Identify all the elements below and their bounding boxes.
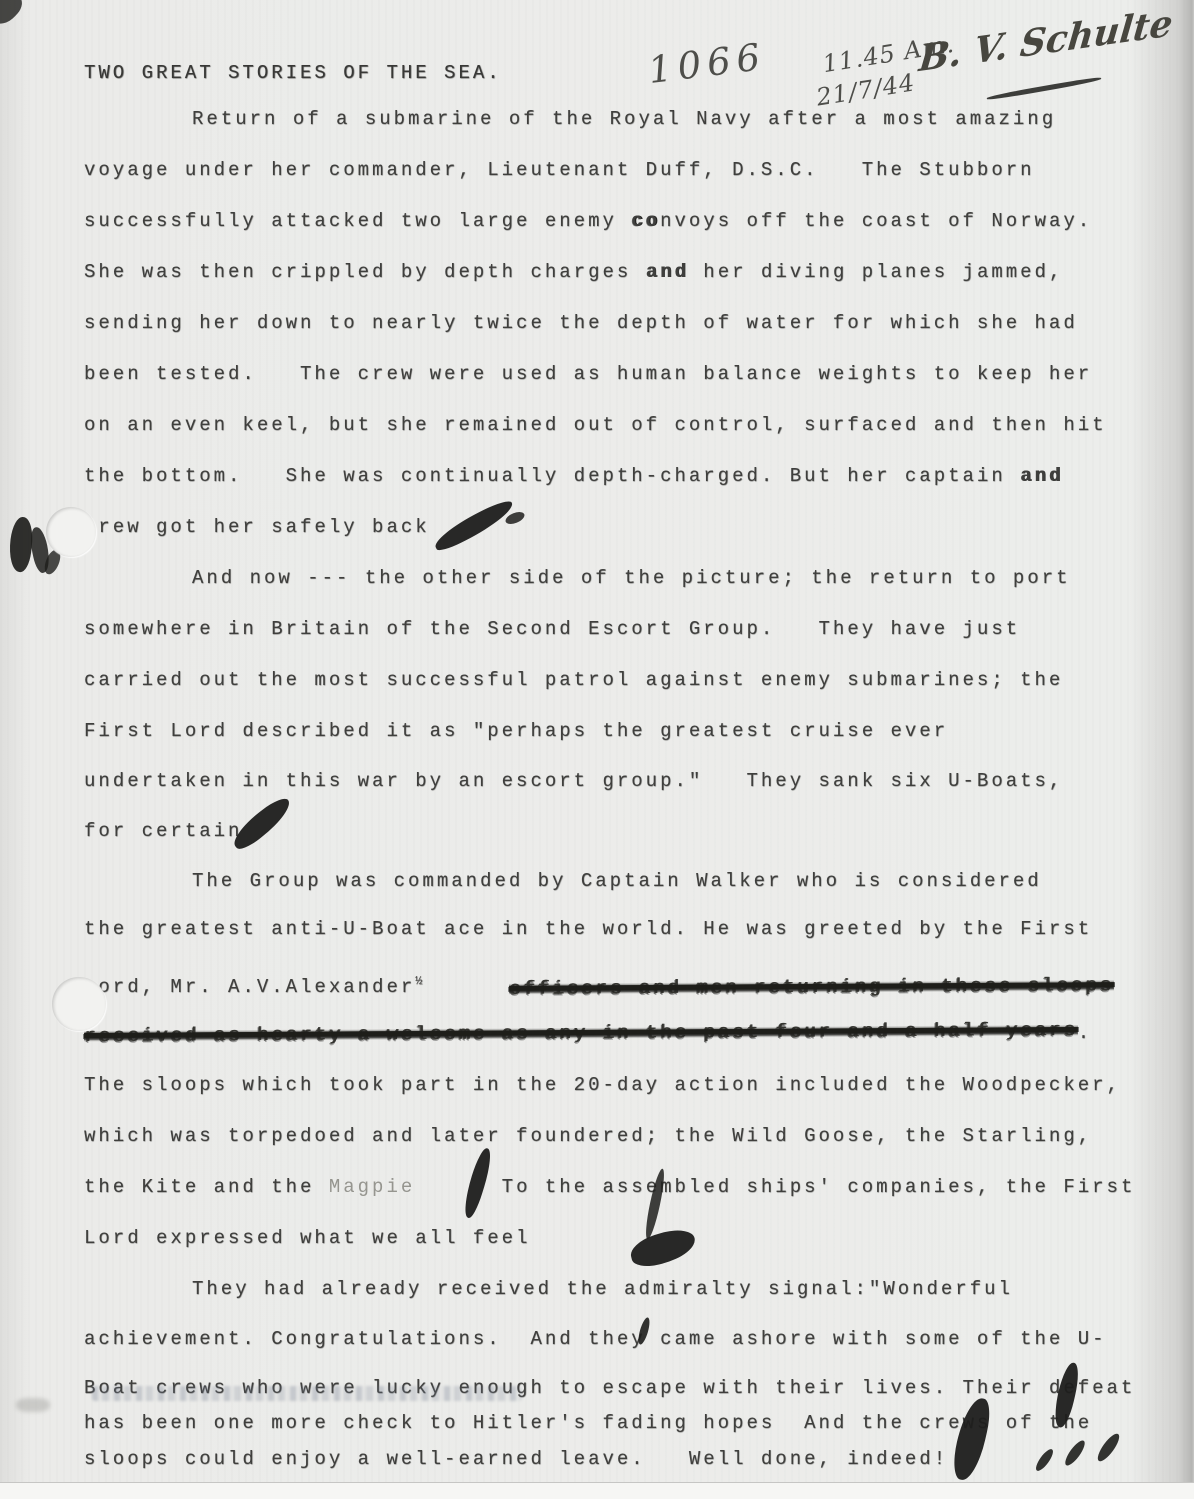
signature-underline-ink-mark [986,76,1101,101]
typed-line-9-seg-1: crew got her safely back [84,516,430,538]
typed-line-22-seg-2: Magpie [329,1176,415,1198]
feel-blob-ink-mark [627,1225,698,1270]
typed-line-19-seg-2: . [1078,1022,1092,1044]
typed-line-27: has been one more check to Hitler's fadi… [84,1410,1092,1436]
typed-line-23-seg-1: Lord expressed what we all feel [84,1227,530,1249]
typed-line-14: undertaken in this war by an escort grou… [84,768,1063,794]
typed-line-13: First Lord described it as "perhaps the … [84,718,948,744]
typed-line-18-seg-1: Lord, Mr. A.V.Alexander [84,976,415,998]
typed-line-15-seg-1: for certain [84,820,242,842]
typed-line-14-seg-1: undertaken in this war by an escort grou… [84,770,1063,792]
typed-line-25: achievement. Congratulations. And they c… [84,1326,1107,1352]
typed-line-9: crew got her safely back [84,514,430,540]
typed-line-19: received as hearty a welcome as any in t… [84,1020,1092,1046]
typed-line-2: voyage under her commander, Lieutenant D… [84,157,1035,183]
punch-hole-top [46,507,96,557]
typed-line-24-seg-1: They had already received the admiralty … [192,1278,1013,1300]
typed-line-1-seg-1: Return of a submarine of the Royal Navy … [192,108,1056,130]
typed-line-4-seg-1: She was then crippled by depth charges [84,261,646,283]
back-stroke-ink-mark [430,497,517,554]
punch-hole-bottom [52,977,106,1031]
typed-line-16: The Group was commanded by Captain Walke… [192,868,1042,894]
typed-line-28-seg-1: sloops could enjoy a well-earned leave. … [84,1448,948,1470]
typed-line-21-seg-1: which was torpedoed and later foundered;… [84,1125,1092,1147]
typed-line-13-seg-1: First Lord described it as "perhaps the … [84,720,948,742]
typed-line-3-seg-2: co [631,210,660,232]
typed-line-7: on an even keel, but she remained out of… [84,412,1107,438]
typed-line-20-seg-1: The sloops which took part in the 20-day… [84,1074,1121,1096]
typed-line-2-seg-1: voyage under her commander, Lieutenant D… [84,159,1035,181]
typed-line-18-seg-3 [422,976,508,998]
typed-line-5: sending her down to nearly twice the dep… [84,310,1078,336]
typed-line-3-seg-3: nvoys off the coast of Norway. [660,210,1092,232]
typed-line-5-seg-1: sending her down to nearly twice the dep… [84,312,1078,334]
tick-2-ink-mark [1062,1438,1088,1468]
indeed-slash-ink-mark [949,1395,994,1483]
scanned-document-page: TWO GREAT STORIES OF THE SEA. 1066 11.45… [0,0,1194,1499]
typed-line-28: sloops could enjoy a well-earned leave. … [84,1446,948,1472]
typed-line-20: The sloops which took part in the 20-day… [84,1072,1121,1098]
typed-line-8-seg-2: and [1020,465,1063,487]
typed-line-10: And now --- the other side of the pictur… [192,565,1071,591]
handwritten-reference-number: 1066 [646,35,769,92]
typed-line-22: the Kite and the Magpie To the assembled… [84,1174,1135,1200]
typed-line-6-seg-1: been tested. The crew were used as human… [84,363,1092,385]
typed-line-1: Return of a submarine of the Royal Navy … [192,106,1056,132]
tick-1-ink-mark [1033,1447,1056,1473]
typed-line-4-seg-2: and [646,261,689,283]
scan-bottom-edge [0,1482,1194,1499]
typed-line-15: for certain [84,818,242,844]
typed-line-22-seg-3: To the assembled ships' companies, the F… [415,1176,1135,1198]
typed-line-6: been tested. The crew were used as human… [84,361,1092,387]
typed-line-11: somewhere in Britain of the Second Escor… [84,616,1020,642]
tick-3-ink-mark [1094,1431,1122,1464]
typed-line-12: carried out the most successful patrol a… [84,667,1063,693]
typed-line-12-seg-1: carried out the most successful patrol a… [84,669,1063,691]
typed-line-17-seg-1: the greatest anti-U-Boat ace in the worl… [84,918,1092,940]
typed-line-21: which was torpedoed and later foundered;… [84,1123,1092,1149]
typed-line-18: Lord, Mr. A.V.Alexander½ officers and me… [84,968,1114,1000]
typed-line-4: She was then crippled by depth charges a… [84,259,1063,285]
typed-line-8: the bottom. She was continually depth-ch… [84,463,1063,489]
typed-line-27-seg-1: has been one more check to Hitler's fadi… [84,1412,1092,1434]
typed-line-7-seg-1: on an even keel, but she remained out of… [84,414,1107,436]
typed-line-24: They had already received the admiralty … [192,1276,1013,1302]
margin-smudge [16,1398,50,1412]
typed-line-23: Lord expressed what we all feel [84,1225,530,1251]
typed-line-18-seg-4: officers and men returning in these sloo… [509,972,1114,1002]
typed-line-11-seg-1: somewhere in Britain of the Second Escor… [84,618,1020,640]
typed-line-3-seg-1: successfully attacked two large enemy [84,210,631,232]
typed-line-19-seg-1: received as hearty a welcome as any in t… [84,1017,1078,1049]
handwritten-signature: B. V. Schulte [917,2,1175,81]
typed-line-4-seg-3: her diving planes jammed, [689,261,1063,283]
typed-line-16-seg-1: The Group was commanded by Captain Walke… [192,870,1042,892]
typed-line-3: successfully attacked two large enemy co… [84,208,1092,234]
corner-blot-ink-mark [0,0,27,30]
typed-line-8-seg-1: the bottom. She was continually depth-ch… [84,465,1020,487]
typed-line-17: the greatest anti-U-Boat ace in the worl… [84,916,1092,942]
typed-line-22-seg-1: the Kite and the [84,1176,329,1198]
typed-line-25-seg-1: achievement. Congratulations. And they c… [84,1328,1107,1350]
bleed-through-text [92,1386,522,1401]
document-title: TWO GREAT STORIES OF THE SEA. [84,60,502,86]
typed-line-10-seg-1: And now --- the other side of the pictur… [192,567,1071,589]
